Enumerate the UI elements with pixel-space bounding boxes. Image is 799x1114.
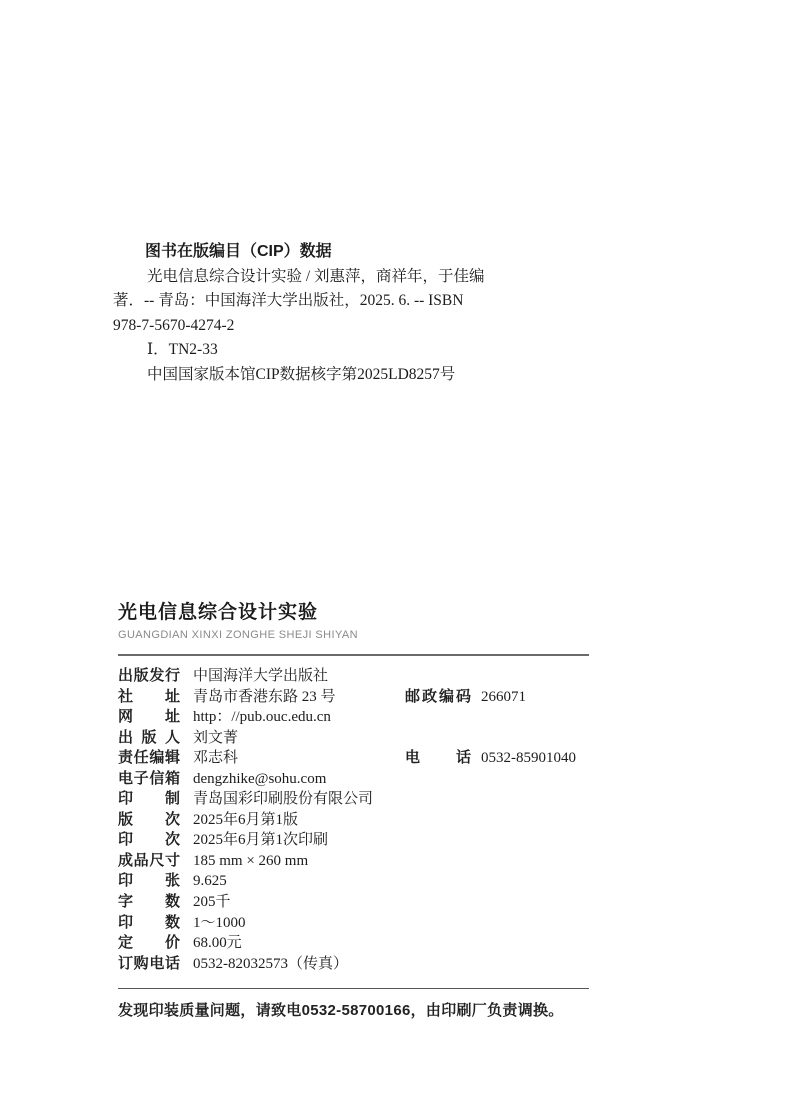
- table-row-publisher-person: 出版人 刘文菁: [118, 728, 598, 749]
- row-label: 责任编辑: [118, 748, 180, 769]
- cip-description-line-2: 著．-- 青岛：中国海洋大学出版社，2025. 6. -- ISBN: [113, 289, 613, 314]
- row-value: 205千: [193, 892, 231, 913]
- row-value: 青岛市香港东路 23 号: [193, 687, 336, 708]
- table-row-trim-size: 成品尺寸 185 mm × 260 mm: [118, 851, 598, 872]
- row-label: 出版发行: [118, 666, 180, 687]
- table-row-editor: 责任编辑 邓志科 电话 0532-85901040: [118, 748, 598, 769]
- row-value: 2025年6月第1版: [193, 810, 298, 831]
- table-row-impression: 印次 2025年6月第1次印刷: [118, 830, 598, 851]
- row-label: 印数: [118, 913, 180, 934]
- divider-rule-top: [118, 654, 589, 656]
- row-label: 电子信箱: [118, 769, 180, 790]
- colophon-page: 图书在版编目（CIP）数据 光电信息综合设计实验 / 刘惠萍，商祥年，于佳编 著…: [0, 0, 799, 1114]
- row-label: 定价: [118, 933, 180, 954]
- row-value: 中国海洋大学出版社: [193, 666, 328, 687]
- cip-isbn: 978-7-5670-4274-2: [113, 314, 613, 339]
- row-value: 2025年6月第1次印刷: [193, 830, 328, 851]
- row-label: 出版人: [118, 728, 180, 749]
- book-title: 光电信息综合设计实验: [118, 597, 358, 624]
- row-value: 青岛国彩印刷股份有限公司: [193, 789, 373, 810]
- row-label: 印次: [118, 830, 180, 851]
- book-title-pinyin: GUANGDIAN XINXI ZONGHE SHEJI SHIYAN: [118, 629, 358, 641]
- table-row-print-run: 印数 1～1000: [118, 913, 598, 934]
- table-row-printer: 印制 青岛国彩印刷股份有限公司: [118, 789, 598, 810]
- row-value: 邓志科: [193, 748, 238, 769]
- row-value: 刘文菁: [193, 728, 238, 749]
- row-label: 社址: [118, 687, 180, 708]
- row-label: 订购电话: [118, 954, 180, 975]
- title-block: 光电信息综合设计实验 GUANGDIAN XINXI ZONGHE SHEJI …: [118, 597, 358, 641]
- table-row-order-phone: 订购电话 0532-82032573（传真）: [118, 954, 598, 975]
- colophon-table: 出版发行 中国海洋大学出版社 社址 青岛市香港东路 23 号 邮政编码 2660…: [118, 666, 598, 974]
- cip-classification-number: Ⅰ．TN2-33: [113, 338, 613, 363]
- row-value: 68.00元: [193, 933, 242, 954]
- row-value: http：//pub.ouc.edu.cn: [193, 707, 331, 728]
- table-row-website: 网址 http：//pub.ouc.edu.cn: [118, 707, 598, 728]
- row-value: 9.625: [193, 871, 227, 892]
- table-row-publisher: 出版发行 中国海洋大学出版社: [118, 666, 598, 687]
- row-label: 印张: [118, 871, 180, 892]
- row-value: dengzhike@sohu.com: [193, 769, 326, 790]
- table-row-edition: 版次 2025年6月第1版: [118, 810, 598, 831]
- table-row-price: 定价 68.00元: [118, 933, 598, 954]
- cip-record-number: 中国国家版本馆CIP数据核字第2025LD8257号: [113, 363, 613, 388]
- cip-description-line-1: 光电信息综合设计实验 / 刘惠萍，商祥年，于佳编: [113, 265, 613, 290]
- row-label-phone: 电话: [405, 748, 471, 769]
- row-value-postcode: 266071: [481, 687, 526, 708]
- table-row-word-count: 字数 205千: [118, 892, 598, 913]
- table-row-email: 电子信箱 dengzhike@sohu.com: [118, 769, 598, 790]
- row-label: 网址: [118, 707, 180, 728]
- row-label: 版次: [118, 810, 180, 831]
- cip-block: 图书在版编目（CIP）数据 光电信息综合设计实验 / 刘惠萍，商祥年，于佳编 著…: [113, 240, 613, 387]
- row-value: 0532-82032573（传真）: [193, 954, 348, 975]
- row-label: 印制: [118, 789, 180, 810]
- quality-notice: 发现印装质量问题，请致电0532-58700166，由印刷厂负责调换。: [118, 999, 564, 1020]
- row-value-phone: 0532-85901040: [481, 748, 576, 769]
- divider-rule-bottom: [118, 988, 589, 989]
- row-value: 185 mm × 260 mm: [193, 851, 308, 872]
- row-label-postcode: 邮政编码: [405, 687, 471, 708]
- row-label: 成品尺寸: [118, 851, 180, 872]
- row-label: 字数: [118, 892, 180, 913]
- table-row-address: 社址 青岛市香港东路 23 号 邮政编码 266071: [118, 687, 598, 708]
- row-value: 1～1000: [193, 913, 246, 934]
- cip-heading: 图书在版编目（CIP）数据: [113, 240, 613, 265]
- table-row-sheets: 印张 9.625: [118, 871, 598, 892]
